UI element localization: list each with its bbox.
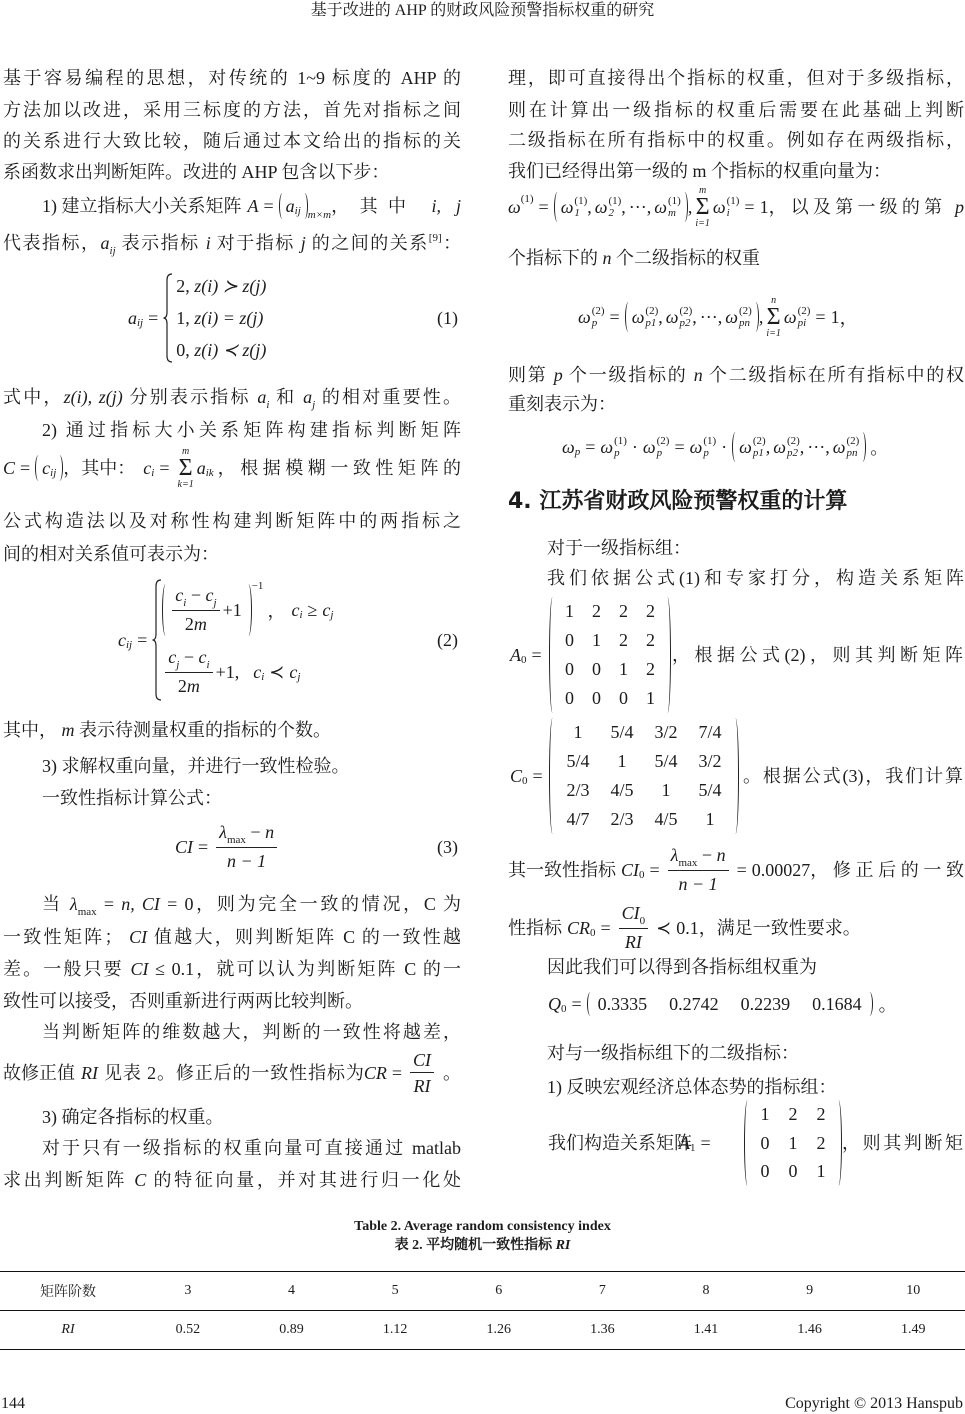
equals-sign: = <box>264 195 274 217</box>
matrix-label-C0: C0= <box>510 765 548 787</box>
equals-sign: = <box>585 437 595 458</box>
sup-sub: (2)pn <box>846 435 859 459</box>
subscript: p <box>614 447 627 459</box>
matrix-label-A1: A1= <box>679 1132 716 1154</box>
paragraph-line: 我们依据公式(1)和专家打分，构造关系矩阵 <box>508 567 964 589</box>
relation: ≺ <box>656 917 671 939</box>
right-paren <box>681 192 688 222</box>
left-paren <box>35 455 42 481</box>
text: ， <box>840 304 858 330</box>
matrix-A0: 1222 0122 0012 0001 <box>549 597 671 713</box>
math-C: C <box>510 766 522 787</box>
equals-sign: = <box>198 837 208 858</box>
math-omega: ω <box>561 196 574 218</box>
paragraph-line: 求出判断矩阵 C 的特征向量，并对其进行归一化处 <box>3 1169 461 1191</box>
superscript: (1) <box>668 195 681 207</box>
text: ，满足一致性要求。 <box>699 917 861 939</box>
matrix-cell: 2 <box>610 597 637 626</box>
subscript: ij <box>50 462 56 484</box>
citation: [9] <box>429 232 442 244</box>
comma: , <box>825 437 830 458</box>
matrix-cell: 2 <box>779 1100 807 1129</box>
matrix-cell: 2 <box>807 1100 835 1129</box>
left-paren <box>587 992 594 1016</box>
subscript: 2 <box>608 207 621 219</box>
equals-sign: = <box>610 307 620 328</box>
ellipsis: ··· <box>807 437 825 458</box>
left-paren <box>279 193 286 219</box>
math-ri: RI <box>81 1062 98 1084</box>
paragraph-line: 我们已经得出第一级的 m 个指标的权重向量为： <box>508 160 964 182</box>
math-c: c <box>199 647 207 667</box>
comma: , <box>759 307 764 328</box>
matrix-cells: 1222 0122 0012 0001 <box>556 597 664 713</box>
superscript: (1) <box>574 195 587 207</box>
table-caption-en: Table 2. Average random consistency inde… <box>0 1218 965 1236</box>
equation-number: (2) <box>437 629 458 651</box>
paragraph-line: 重刻表示为： <box>508 393 964 415</box>
matrix-cell: 2/3 <box>600 805 644 834</box>
paragraph-line-with-fraction: 故修正值 RI 见表 2。修正后的一致性指标为 CR = CIRI 。 <box>3 1062 461 1084</box>
table-header-cell: 7 <box>551 1272 655 1311</box>
copyright-notice: Copyright © 2013 Hanspub <box>785 1394 963 1414</box>
sigma-icon: Σ <box>767 306 781 328</box>
subscript: pi <box>798 317 811 329</box>
weight-value: 0.2239 <box>741 994 791 1015</box>
summation: mΣk=1 <box>178 446 194 490</box>
sup-sub: (1)p <box>614 435 627 459</box>
subscript: p <box>575 446 581 458</box>
step1-tail: ，其中 i, j <box>331 195 461 217</box>
case-row: 1, z(i) = z(j) <box>176 302 266 334</box>
numerator: ci − cj <box>172 583 219 611</box>
element-symbol: c <box>42 457 50 479</box>
matrix-cell: 1 <box>688 805 732 834</box>
paragraph-line: 当判断矩阵的维数越大，判断的一致性将越差， <box>3 1021 461 1043</box>
text: 求出判断矩阵 <box>3 1170 127 1190</box>
subscript: 1 <box>690 1142 696 1154</box>
matrix-cell: 0 <box>583 684 610 713</box>
summation: mΣi=1 <box>695 185 710 229</box>
text: 的特征向量，并对其进行归一化处 <box>153 1170 461 1190</box>
comma: , <box>692 307 697 328</box>
text: 故修正值 <box>3 1062 75 1084</box>
subscript: p1 <box>645 317 658 329</box>
paragraph-line: 基于容易编程的思想，对传统的 1~9 标度的 AHP 的 <box>3 67 461 89</box>
equals-sign: = <box>104 894 114 914</box>
matrix-cell: 0 <box>583 655 610 684</box>
matrix-cell: 0 <box>610 684 637 713</box>
matrix-cell: 2 <box>583 597 610 626</box>
text: 对于指标 <box>217 233 295 253</box>
paragraph-line: ，根据公式(2)，则其判断矩阵 <box>672 644 963 666</box>
numerator: CI0 <box>619 901 649 929</box>
table-cell: 1.36 <box>551 1311 655 1350</box>
table-cell: 1.12 <box>343 1311 447 1350</box>
dimension-subscript: m×m <box>308 204 331 226</box>
lhs-symbol: a <box>128 308 137 329</box>
table-row-label: RI <box>0 1311 136 1350</box>
math-lambda: λ <box>70 894 78 914</box>
table-header-row: 矩阵阶数 3 4 5 6 7 8 9 10 <box>0 1272 965 1311</box>
paragraph-line: 公式构造法以及对称性构建判断矩阵中的两指标之 <box>3 510 461 532</box>
subscript: max <box>678 857 697 869</box>
step1-text: 1) 建立指标大小关系矩阵 <box>42 195 242 217</box>
subscript: i <box>183 597 186 609</box>
math-A: A <box>510 645 521 666</box>
subscript: i <box>151 462 154 484</box>
table-header-cell: 3 <box>136 1272 240 1311</box>
text: ，修正后的一致 <box>810 859 964 881</box>
dot-operator: · <box>632 437 638 458</box>
matrix-cell: 2 <box>610 626 637 655</box>
equals-sign: = <box>744 196 754 218</box>
dot-operator: · <box>721 437 727 458</box>
equals-sign: = <box>167 894 177 914</box>
lower-limit: i=1 <box>695 218 710 229</box>
number: 1 <box>831 307 840 328</box>
math-p: p <box>955 197 964 217</box>
matrix-cell: 2 <box>637 597 664 626</box>
subscript: m <box>668 207 681 219</box>
subscript: max <box>227 834 246 846</box>
matrix-cell: 0 <box>751 1157 779 1186</box>
denominator: 2m <box>185 611 207 637</box>
equals-sign: = <box>539 196 549 218</box>
matrix-cell: 0 <box>751 1129 779 1158</box>
matrix-cell: 4/5 <box>644 805 688 834</box>
text: 个二级指标的权重 <box>616 248 760 268</box>
paragraph-line: 二级指标在所有指标中的权重。例如存在两级指标， <box>508 129 964 151</box>
math-c: C <box>134 1170 146 1190</box>
equals-sign: = <box>159 457 169 479</box>
lower-limit: k=1 <box>178 479 194 490</box>
subscript: p <box>657 447 670 459</box>
paragraph-line: 一致性指标计算公式： <box>3 787 461 809</box>
subscript: j <box>176 659 179 671</box>
comma: , <box>647 196 652 218</box>
minus-sign: − <box>184 647 194 667</box>
subscript: 0 <box>640 915 646 927</box>
paragraph-line: 当 λmax = n, CI = 0，则为完全一致的情况，C 为 <box>3 893 461 915</box>
relation: ≤ <box>155 959 165 979</box>
paragraph-line: 式中，z(i), z(j) 分别表示指标 ai 和 aj 的相对重要性。 <box>3 386 461 408</box>
case-condition: z(i) ≺ z(j) <box>194 340 266 360</box>
matrix-cell: 0 <box>556 655 583 684</box>
sup-sub: (1)2 <box>608 195 621 219</box>
fraction: cj − ci 2m <box>165 645 212 699</box>
case-value: 2, <box>176 276 190 296</box>
math-lambda: λ <box>219 822 227 842</box>
superscript: (2) <box>645 305 658 317</box>
weight-value: 0.3335 <box>598 994 648 1015</box>
math-omega: ω <box>632 307 645 328</box>
number: 0.1 <box>172 959 195 979</box>
text: 的相对重要性。 <box>322 387 461 407</box>
math-n: n <box>694 365 703 385</box>
math-Q: Q <box>548 994 561 1015</box>
table-cell: 1.26 <box>447 1311 551 1350</box>
ellipsis: ··· <box>700 307 718 328</box>
matrix-cell: 2 <box>807 1129 835 1158</box>
matrix-A1: 122 012 001 <box>744 1100 842 1186</box>
math-omega: ω <box>725 307 738 328</box>
subscript: ij <box>110 245 116 257</box>
text: 。 <box>443 1062 461 1084</box>
subscript: j <box>214 597 217 609</box>
superscript: (2) <box>753 435 766 447</box>
math-ci: CI <box>129 927 147 947</box>
running-header: 基于改进的 AHP 的财政风险预警指标权重的研究 <box>0 1 965 21</box>
paragraph-line: 一致性矩阵； CI 值越大，则判断矩阵 C 的一致性越 <box>3 926 461 948</box>
matrix-cell: 1 <box>807 1157 835 1186</box>
text: 值越大，则判断矩阵 C 的一致性越 <box>154 927 461 947</box>
math-A: A <box>679 1133 690 1154</box>
threshold-value: 0.1 <box>676 917 699 939</box>
section-heading: 4. 江苏省财政风险预警权重的计算 <box>508 489 847 515</box>
comma: , <box>688 196 693 218</box>
equation-number: (1) <box>437 307 458 329</box>
sup-sub: (2)p <box>592 305 605 329</box>
table-cell: 1.46 <box>758 1311 862 1350</box>
matrix-cell: 2 <box>637 626 664 655</box>
math-m: m <box>194 614 207 634</box>
subscript: p2 <box>679 317 692 329</box>
subscript: p1 <box>753 447 766 459</box>
numerator: λmax − n <box>668 843 729 871</box>
math-n: n <box>717 845 726 865</box>
matrix-cell: 0 <box>779 1157 807 1186</box>
lhs-symbol: CI <box>175 837 193 858</box>
math-c: c <box>143 457 151 479</box>
text: 个一级指标的 <box>569 365 688 385</box>
sup-sub: (1)i <box>727 195 740 219</box>
matrix-label-A0: A0= <box>510 644 547 666</box>
table-header-cell: 10 <box>861 1272 965 1311</box>
number: 2 <box>178 676 187 696</box>
text: ： <box>442 233 462 253</box>
comma: , <box>800 437 805 458</box>
subscript: 0 <box>639 864 645 886</box>
left-paren <box>744 1100 751 1186</box>
minus-sign: − <box>191 585 201 605</box>
table-cell: 0.52 <box>136 1311 240 1350</box>
number: 1 <box>760 196 769 218</box>
equation-1: aij = 2, z(i) ≻ z(j) 1, z(i) = z(j) 0, z… <box>128 270 266 366</box>
text: 个指标下的 <box>508 248 598 268</box>
left-brace-icon <box>152 579 162 701</box>
consistency-ratio-line: 性指标 CR0 = CI0 RI ≺ 0.1 ，满足一致性要求。 <box>508 906 964 950</box>
ri-table: 矩阵阶数 3 4 5 6 7 8 9 10 RI 0.52 0.89 1.12 … <box>0 1271 965 1350</box>
step1-line: 1) 建立指标大小关系矩阵 A = a ij m×m ，其中 i, j <box>3 195 461 217</box>
math-n: n <box>603 248 612 268</box>
matrix-cell: 1 <box>644 776 688 805</box>
text: 表示指标 <box>122 233 200 253</box>
math-j: j <box>301 233 306 253</box>
matrix-cell: 1 <box>779 1129 807 1158</box>
cases: ci − cj 2m +1 −1 ， ci ≥ cj cj − ci 2m +1… <box>162 578 333 702</box>
paragraph-line: 因此我们可以得到各指标组权重为 <box>508 956 964 978</box>
equals-sign: = <box>20 457 30 479</box>
equals-sign: = <box>737 859 747 881</box>
step3-line: 3) 求解权重向量，并进行一致性检验。 <box>3 755 461 777</box>
subscript: i <box>207 659 210 671</box>
paragraph-line: 的关系进行大致比较，随后通过本文给出的指标的关 <box>3 130 461 152</box>
paragraph-line: 方法加以改进，采用三标度的方法，首先对指标之间 <box>3 99 461 121</box>
table-header-cell: 矩阵阶数 <box>0 1272 136 1311</box>
math-expr: z(i), z(j) <box>64 387 123 407</box>
left-paren <box>625 302 632 332</box>
step2-line: 2) 通过指标大小关系矩阵构建指标判断矩阵 <box>3 419 461 441</box>
subscript: j <box>312 399 315 411</box>
matrix-cell: 1 <box>600 747 644 776</box>
sup-sub: (2)pi <box>798 305 811 329</box>
matrix-C0: 15/43/27/4 5/415/43/2 2/34/515/4 4/72/34… <box>549 718 739 834</box>
matrix-cell: 1 <box>637 684 664 713</box>
math-omega: ω <box>690 437 703 458</box>
math-omega: ω <box>578 307 591 328</box>
math-omega: ω <box>784 307 797 328</box>
math-expr: n, CI <box>121 894 160 914</box>
sup-sub: (2)p2 <box>679 305 692 329</box>
math-omega: ω <box>713 196 726 218</box>
paragraph-line: 1) 反映宏观经济总体态势的指标组： <box>508 1076 964 1098</box>
minus-sign: − <box>702 845 712 865</box>
case-row: 2, z(i) ≻ z(j) <box>176 270 266 302</box>
caption-symbol: RI <box>556 1238 571 1253</box>
weight-vector-level2: ω(2)p = ω(2)p1, ω(2)p2, ···, ω(2)pn , nΣ… <box>578 295 858 339</box>
text: ，以及第一级的第 <box>769 197 947 217</box>
text: ，则为完全一致的情况，C 为 <box>193 894 461 914</box>
equation-3: CI = λmax − n n − 1 <box>175 819 280 875</box>
subscript: i <box>299 609 302 621</box>
text: 当 <box>42 894 63 914</box>
subscript: i <box>261 671 264 683</box>
sup-sub: (2)pn <box>739 305 752 329</box>
text: 见表 2。修正后的一致性指标为 <box>104 1062 364 1084</box>
left-paren <box>732 432 739 462</box>
superscript: (1) <box>727 195 740 207</box>
lower-limit: i=1 <box>766 328 781 339</box>
paragraph-line: 。根据公式(3)，我们计算 <box>743 765 963 787</box>
text: 。 <box>879 991 897 1017</box>
combined-weight-formula: ωp = ω(1)p · ω(2)p = ω(1)p · ω(2)p1, ω(2… <box>562 425 888 469</box>
sup-sub: (1)m <box>668 195 681 219</box>
text: ，根据模糊一致性矩阵的 <box>218 457 461 479</box>
denominator: RI <box>414 1073 431 1099</box>
text: ，其中： <box>63 457 135 479</box>
math-a: a <box>197 457 206 479</box>
text: 其一致性指标 <box>508 859 616 881</box>
math-cr: CR <box>364 1062 387 1084</box>
paragraph-line: 我们构造关系矩阵 <box>548 1132 692 1154</box>
paragraph-line: 对于只有一级指标的权重向量可直接通过 matlab <box>3 1137 461 1159</box>
left-brace-icon <box>163 273 173 363</box>
math-n: n <box>265 822 274 842</box>
matrix-cell: 5/4 <box>644 747 688 776</box>
equals-sign: = <box>701 1133 711 1154</box>
math-omega: ω <box>833 437 846 458</box>
sup-sub: (2)p2 <box>787 435 800 459</box>
right-paren <box>866 992 873 1016</box>
text: 一致性矩阵； <box>3 927 122 947</box>
subscript: ik <box>206 462 214 484</box>
comma: , <box>658 307 663 328</box>
page-number: 144 <box>1 1394 25 1414</box>
numerator: cj − ci <box>165 645 212 673</box>
matrix-cell: 5/4 <box>600 718 644 747</box>
subscript: ij <box>126 639 132 651</box>
case-row: 0, z(i) ≺ z(j) <box>176 334 266 366</box>
paragraph-line: 对于一级指标组： <box>508 537 964 559</box>
right-paren <box>835 1100 842 1186</box>
math-omega: ω <box>773 437 786 458</box>
math-omega: ω <box>562 437 575 458</box>
superscript: (2) <box>798 305 811 317</box>
tail-text: ，其中 <box>331 196 416 216</box>
comma: , <box>621 196 626 218</box>
superscript: (2) <box>787 435 800 447</box>
left-paren <box>554 192 561 222</box>
case-condition: z(i) = z(j) <box>194 308 263 328</box>
equals-sign: = <box>532 645 542 666</box>
text: ，就可以认为判断矩阵 C 的一 <box>194 959 461 979</box>
matrix-cell: 4/7 <box>556 805 600 834</box>
paragraph-line-with-sum: C = cij ，其中： ci = mΣk=1 aik ，根据模糊一致性矩阵的 <box>3 457 461 479</box>
math-omega: ω <box>600 437 613 458</box>
relation: ≥ <box>308 600 318 621</box>
paragraph-line: 个指标下的 n 个二级指标的权重 <box>508 247 964 269</box>
equals-sign: = <box>148 308 158 329</box>
subscript: ij <box>137 317 143 329</box>
caption-text: 表 2. 平均随机一致性指标 <box>395 1238 553 1253</box>
text: 差。一般只要 <box>3 959 124 979</box>
table-cell: 1.49 <box>861 1311 965 1350</box>
weight-value: 0.1684 <box>812 994 862 1015</box>
superscript: (1) <box>608 195 621 207</box>
summation: nΣi=1 <box>766 295 781 339</box>
sup-sub: (2)p1 <box>645 305 658 329</box>
matrix-cell: 5/4 <box>688 776 732 805</box>
paragraph-line: 则第 p 个一级指标的 n 个二级指标在所有指标中的权 <box>508 364 964 386</box>
matrix-cell: 3/2 <box>644 718 688 747</box>
paragraph-line: ，则其判断矩 <box>842 1132 963 1154</box>
matrix-cell: 1 <box>751 1100 779 1129</box>
math-omega: ω <box>654 196 667 218</box>
superscript: (1) <box>614 435 627 447</box>
right-paren <box>859 432 866 462</box>
comma: , <box>718 307 723 328</box>
superscript: (2) <box>679 305 692 317</box>
math-m: m <box>62 720 75 740</box>
equals-sign: = <box>601 917 611 939</box>
matrix-cell: 2/3 <box>556 776 600 805</box>
math-p: p <box>554 365 563 385</box>
comma: ， <box>267 597 285 623</box>
case-row-1: ci − cj 2m +1 −1 ， ci ≥ cj <box>162 578 333 642</box>
text: 其中， <box>3 720 57 740</box>
sigma-icon: Σ <box>179 457 193 479</box>
math-cr: CR <box>567 917 590 939</box>
subscript: p <box>592 317 605 329</box>
superscript: (2) <box>739 305 752 317</box>
math-m: m <box>187 676 200 696</box>
equals-sign: = <box>674 437 684 458</box>
subscript: 0 <box>522 775 528 787</box>
fraction: CI0 RI <box>619 901 649 955</box>
table-header-cell: 8 <box>654 1272 758 1311</box>
index-vars: i, j <box>432 196 461 216</box>
